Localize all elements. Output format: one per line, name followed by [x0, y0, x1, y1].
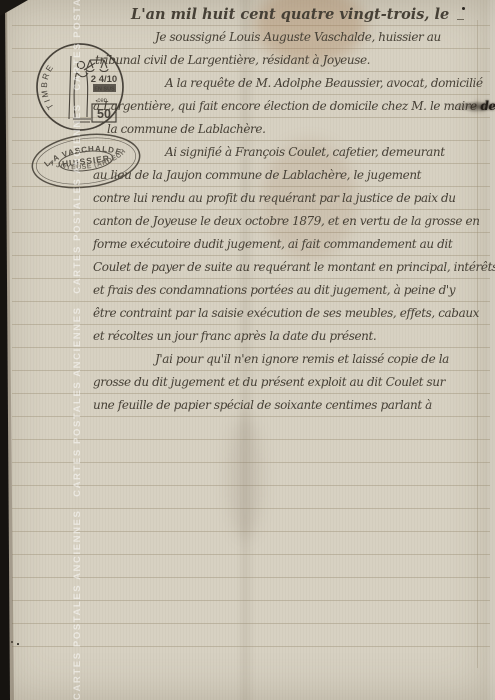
handwritten-line: J'ai pour qu'il n'en ignore remis et lai…: [93, 348, 492, 371]
handwritten-text: la commune de Lablachère.: [107, 118, 265, 141]
document-page: TIMBRE 2 4/10 EN SUS cen. 50: [0, 0, 495, 700]
handwritten-line: être contraint par la saisie exécution d…: [93, 302, 492, 325]
handwritten-text: tribunal civil de Largentière, résidant …: [95, 49, 370, 72]
handwritten-text: L'an mil huit cent quatre vingt-trois, l…: [131, 3, 449, 26]
handwritten-text: et frais des condamnations portées au di…: [93, 279, 455, 302]
handwritten-line: au lieu de la Jaujon commune de Lablachè…: [93, 164, 492, 187]
handwritten-text: forme exécutoire dudit jugement, ai fait…: [93, 233, 452, 256]
manuscript-text: L'an mil huit cent quatre vingt-trois, l…: [93, 3, 492, 417]
handwritten-line: forme exécutoire dudit jugement, ai fait…: [93, 233, 492, 256]
fold-smudge: [228, 415, 262, 540]
handwritten-line: Ai signifié à François Coulet, cafetier,…: [93, 141, 492, 164]
handwritten-line: à Largentière, qui fait encore élection …: [93, 95, 492, 118]
handwritten-text: à Largentière, qui fait encore élection …: [93, 95, 477, 118]
handwritten-text: Ai signifié à François Coulet, cafetier,…: [165, 141, 445, 164]
handwritten-text: grosse du dit jugement et du présent exp…: [93, 371, 445, 394]
handwritten-text: Coulet de payer de suite au requérant le…: [93, 256, 495, 279]
handwritten-line: L'an mil huit cent quatre vingt-trois, l…: [93, 3, 492, 26]
handwritten-line: grosse du dit jugement et du présent exp…: [93, 371, 492, 394]
handwritten-line: et frais des condamnations portées au di…: [93, 279, 492, 302]
ink-blot: de: [477, 95, 495, 118]
handwritten-line: A la requête de M. Adolphe Beaussier, av…: [93, 72, 492, 95]
handwritten-line: et récoltes un jour franc après la date …: [93, 325, 492, 348]
handwritten-line: canton de Joyeuse le deux octobre 1879, …: [93, 210, 492, 233]
handwritten-line: tribunal civil de Largentière, résidant …: [93, 49, 492, 72]
handwritten-line: la commune de Lablachère.: [93, 118, 492, 141]
handwritten-text: être contraint par la saisie exécution d…: [93, 302, 479, 325]
handwritten-text: au lieu de la Jaujon commune de Lablachè…: [93, 164, 421, 187]
handwritten-text: J'ai pour qu'il n'en ignore remis et lai…: [155, 348, 449, 371]
handwritten-line: contre lui rendu au profit du requérant …: [93, 187, 492, 210]
handwritten-text: une feuille de papier spécial de soixant…: [93, 394, 432, 417]
ruled-trail-stroke: [457, 19, 464, 20]
handwritten-text: canton de Joyeuse le deux octobre 1879, …: [93, 210, 480, 233]
ink-speck: [17, 643, 19, 645]
handwritten-line: Je soussigné Louis Auguste Vaschalde, hu…: [93, 26, 492, 49]
handwritten-line: une feuille de papier spécial de soixant…: [93, 394, 492, 417]
handwritten-line: Coulet de payer de suite au requérant le…: [93, 256, 492, 279]
handwritten-text: contre lui rendu au profit du requérant …: [93, 187, 456, 210]
handwritten-text: Je soussigné Louis Auguste Vaschalde, hu…: [155, 26, 441, 49]
handwritten-text: et récoltes un jour franc après la date …: [93, 325, 376, 348]
handwritten-text: A la requête de M. Adolphe Beaussier, av…: [165, 72, 483, 95]
